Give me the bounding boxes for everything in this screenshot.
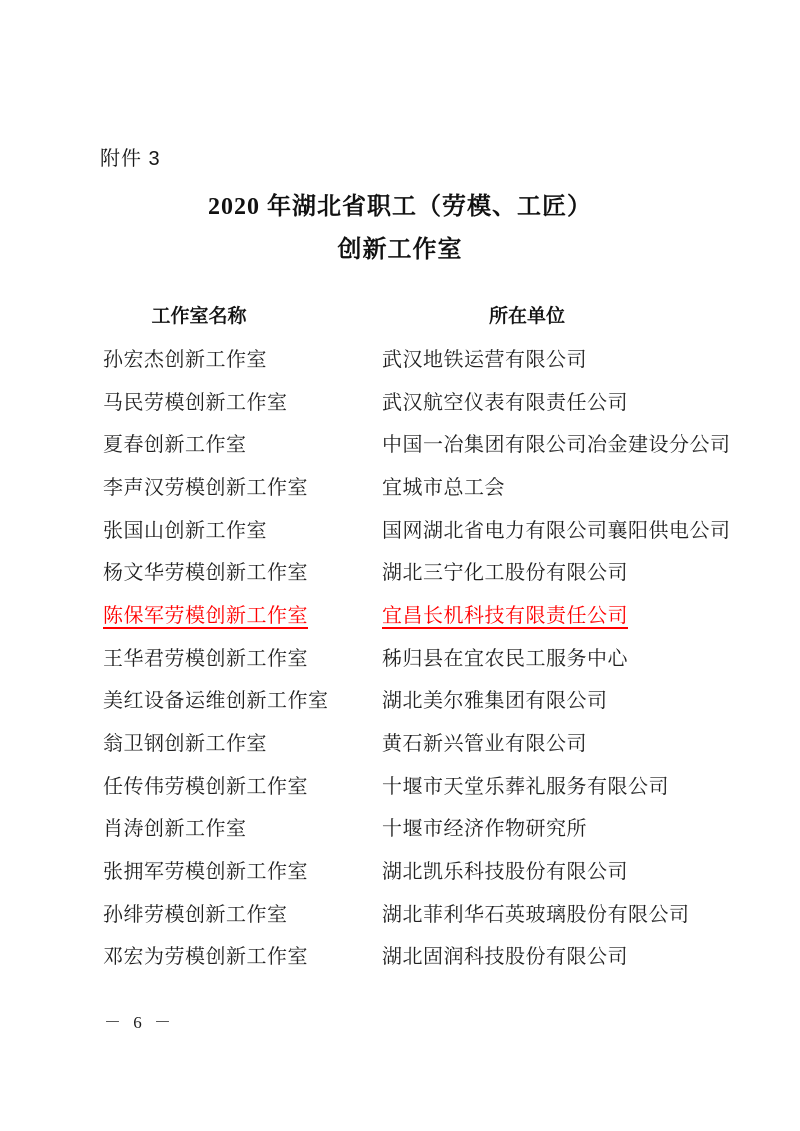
workshop-name: 陈保军劳模创新工作室	[103, 605, 308, 627]
organization-cell: 十堰市经济作物研究所	[382, 812, 760, 841]
table-row: 任传伟劳模创新工作室 十堰市天堂乐葬礼服务有限公司	[103, 763, 760, 806]
workshop-name: 肖涛创新工作室	[103, 818, 247, 840]
organization-cell: 宜昌长机科技有限责任公司	[382, 599, 760, 628]
workshop-name: 李声汉劳模创新工作室	[103, 477, 308, 499]
table-row: 孙绯劳模创新工作室 湖北菲利华石英玻璃股份有限公司	[103, 891, 760, 934]
organization: 宜昌长机科技有限责任公司	[382, 605, 628, 627]
organization-cell: 黄石新兴管业有限公司	[382, 727, 760, 756]
table-row: 张国山创新工作室 国网湖北省电力有限公司襄阳供电公司	[103, 507, 760, 550]
attachment-label: 附件 3	[100, 142, 161, 171]
workshop-name-cell: 马民劳模创新工作室	[103, 386, 382, 415]
workshop-name: 王华君劳模创新工作室	[103, 648, 308, 670]
workshop-name: 张国山创新工作室	[103, 520, 267, 542]
column-header-workshop-name: 工作室名称	[103, 301, 295, 328]
organization-cell: 十堰市天堂乐葬礼服务有限公司	[382, 770, 760, 799]
workshop-name-cell: 邓宏为劳模创新工作室	[103, 940, 382, 969]
organization-cell: 武汉地铁运营有限公司	[382, 343, 760, 372]
workshop-name: 任传伟劳模创新工作室	[103, 776, 308, 798]
table-row: 翁卫钢创新工作室 黄石新兴管业有限公司	[103, 720, 760, 763]
table-row: 美红设备运维创新工作室 湖北美尔雅集团有限公司	[103, 678, 760, 721]
organization: 黄石新兴管业有限公司	[382, 733, 587, 755]
organization-cell: 秭归县在宜农民工服务中心	[382, 642, 760, 671]
workshop-table: 孙宏杰创新工作室 武汉地铁运营有限公司 马民劳模创新工作室 武汉航空仪表有限责任…	[103, 336, 760, 976]
organization-cell: 湖北三宁化工股份有限公司	[382, 556, 760, 585]
workshop-name: 杨文华劳模创新工作室	[103, 562, 308, 584]
workshop-name: 孙宏杰创新工作室	[103, 349, 267, 371]
organization: 湖北凯乐科技股份有限公司	[382, 861, 628, 883]
table-row: 肖涛创新工作室 十堰市经济作物研究所	[103, 806, 760, 849]
organization: 中国一冶集团有限公司冶金建设分公司	[382, 434, 731, 456]
workshop-name-cell: 翁卫钢创新工作室	[103, 727, 382, 756]
workshop-name-cell: 杨文华劳模创新工作室	[103, 556, 382, 585]
organization-cell: 武汉航空仪表有限责任公司	[382, 386, 760, 415]
organization-cell: 中国一冶集团有限公司冶金建设分公司	[382, 428, 760, 457]
workshop-name: 孙绯劳模创新工作室	[103, 904, 288, 926]
organization: 湖北美尔雅集团有限公司	[382, 690, 608, 712]
table-row: 夏春创新工作室 中国一冶集团有限公司冶金建设分公司	[103, 421, 760, 464]
workshop-name-cell: 王华君劳模创新工作室	[103, 642, 382, 671]
organization-cell: 国网湖北省电力有限公司襄阳供电公司	[382, 514, 760, 543]
organization-cell: 湖北凯乐科技股份有限公司	[382, 855, 760, 884]
organization: 十堰市经济作物研究所	[382, 818, 587, 840]
workshop-name-cell: 张国山创新工作室	[103, 514, 382, 543]
column-header-organization: 所在单位	[382, 301, 672, 328]
workshop-name-cell: 孙宏杰创新工作室	[103, 343, 382, 372]
page-number: － 6 －	[104, 1008, 175, 1033]
organization: 武汉航空仪表有限责任公司	[382, 392, 628, 414]
organization: 湖北固润科技股份有限公司	[382, 946, 628, 968]
organization: 湖北菲利华石英玻璃股份有限公司	[382, 904, 690, 926]
workshop-name-cell: 孙绯劳模创新工作室	[103, 898, 382, 927]
organization-cell: 湖北美尔雅集团有限公司	[382, 684, 760, 713]
organization: 十堰市天堂乐葬礼服务有限公司	[382, 776, 669, 798]
table-row: 张拥军劳模创新工作室 湖北凯乐科技股份有限公司	[103, 848, 760, 891]
organization-cell: 宜城市总工会	[382, 471, 760, 500]
workshop-name-cell: 肖涛创新工作室	[103, 812, 382, 841]
workshop-name: 美红设备运维创新工作室	[103, 690, 329, 712]
document-page: 附件 3 2020 年湖北省职工（劳模、工匠） 创新工作室 工作室名称 所在单位…	[0, 0, 800, 1131]
organization-cell: 湖北菲利华石英玻璃股份有限公司	[382, 898, 760, 927]
organization: 秭归县在宜农民工服务中心	[382, 648, 628, 670]
workshop-name-cell: 张拥军劳模创新工作室	[103, 855, 382, 884]
table-row-highlighted: 陈保军劳模创新工作室 宜昌长机科技有限责任公司	[103, 592, 760, 635]
workshop-name-cell: 任传伟劳模创新工作室	[103, 770, 382, 799]
table-row: 孙宏杰创新工作室 武汉地铁运营有限公司	[103, 336, 760, 379]
table-row: 马民劳模创新工作室 武汉航空仪表有限责任公司	[103, 379, 760, 422]
workshop-name-cell: 美红设备运维创新工作室	[103, 684, 382, 713]
table-row: 王华君劳模创新工作室 秭归县在宜农民工服务中心	[103, 635, 760, 678]
workshop-name-cell: 李声汉劳模创新工作室	[103, 471, 382, 500]
table-row: 杨文华劳模创新工作室 湖北三宁化工股份有限公司	[103, 549, 760, 592]
title-line-1: 2020 年湖北省职工（劳模、工匠）	[0, 186, 800, 229]
organization: 国网湖北省电力有限公司襄阳供电公司	[382, 520, 731, 542]
workshop-name-cell: 陈保军劳模创新工作室	[103, 599, 382, 628]
organization: 武汉地铁运营有限公司	[382, 349, 587, 371]
organization: 宜城市总工会	[382, 477, 505, 499]
workshop-name: 邓宏为劳模创新工作室	[103, 946, 308, 968]
title-line-2: 创新工作室	[0, 229, 800, 272]
table-column-headers: 工作室名称 所在单位	[0, 301, 800, 327]
table-row: 邓宏为劳模创新工作室 湖北固润科技股份有限公司	[103, 934, 760, 977]
table-row: 李声汉劳模创新工作室 宜城市总工会	[103, 464, 760, 507]
workshop-name: 夏春创新工作室	[103, 434, 247, 456]
workshop-name: 翁卫钢创新工作室	[103, 733, 267, 755]
workshop-name: 马民劳模创新工作室	[103, 392, 288, 414]
workshop-name: 张拥军劳模创新工作室	[103, 861, 308, 883]
organization-cell: 湖北固润科技股份有限公司	[382, 940, 760, 969]
document-title: 2020 年湖北省职工（劳模、工匠） 创新工作室	[0, 186, 800, 272]
workshop-name-cell: 夏春创新工作室	[103, 428, 382, 457]
organization: 湖北三宁化工股份有限公司	[382, 562, 628, 584]
